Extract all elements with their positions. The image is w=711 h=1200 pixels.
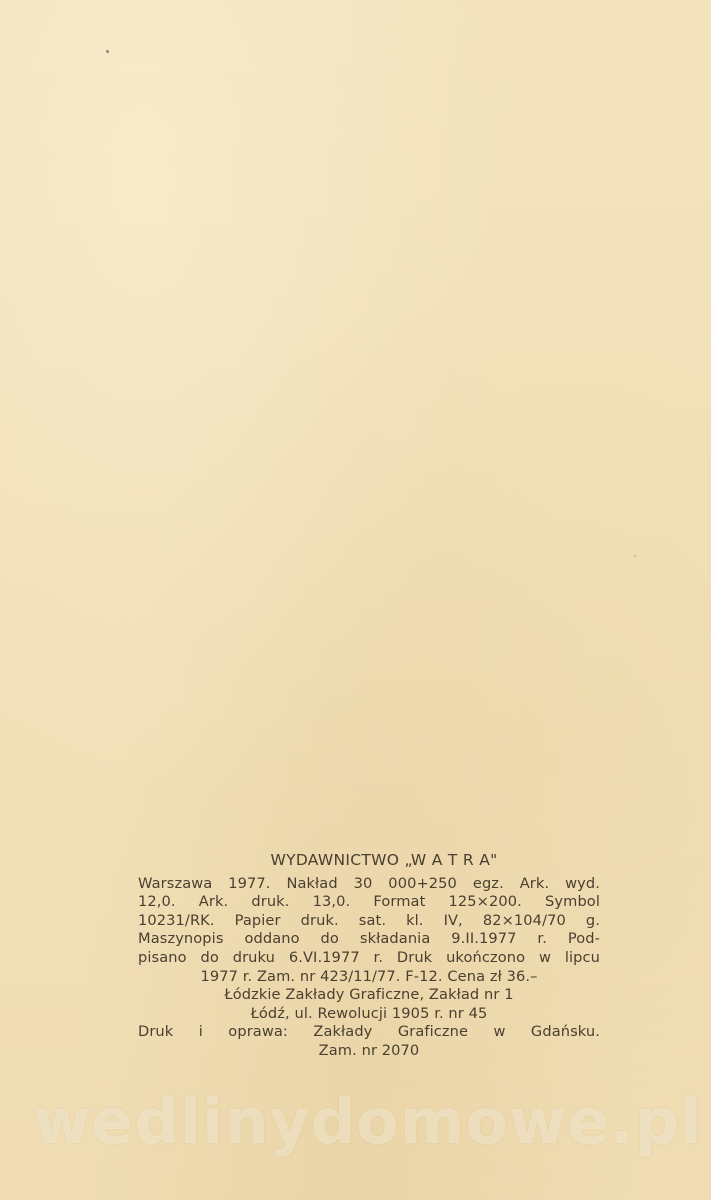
binding-text: Druk i oprawa: Zakłady Graficzne w Gdańs… xyxy=(138,1023,600,1042)
colophon-details: Warszawa 1977. Nakład 30 000+250 egz. Ar… xyxy=(138,875,600,968)
printer-name: Łódzkie Zakłady Graficzne, Zakład nr 1 xyxy=(138,986,600,1005)
publisher-name: WYDAWNICTWO „W A T R A" xyxy=(168,851,600,870)
colophon-price-line: 1977 r. Zam. nr 423/11/77. F-12. Cena zł… xyxy=(138,968,600,987)
printer-address: Łódź, ul. Rewolucji 1905 r. nr 45 xyxy=(138,1005,600,1024)
colophon-line: pisano do druku 6.VI.1977 r. Druk ukończ… xyxy=(138,949,600,968)
watermark-text: wedlinydomowe.pl xyxy=(33,1085,683,1158)
colophon-line: 12,0. Ark. druk. 13,0. Format 125×200. S… xyxy=(138,893,600,912)
paper-speck xyxy=(634,555,636,557)
binding-line: Druk i oprawa: Zakłady Graficzne w Gdańs… xyxy=(138,1023,600,1042)
colophon-line: 10231/RK. Papier druk. sat. kl. IV, 82×1… xyxy=(138,912,600,931)
binding-order-number: Zam. nr 2070 xyxy=(138,1042,600,1061)
paper-speck xyxy=(106,50,109,53)
colophon-line: Maszynopis oddano do składania 9.II.1977… xyxy=(138,930,600,949)
colophon-line: Warszawa 1977. Nakład 30 000+250 egz. Ar… xyxy=(138,875,600,894)
colophon-block: WYDAWNICTWO „W A T R A" Warszawa 1977. N… xyxy=(138,851,600,1061)
